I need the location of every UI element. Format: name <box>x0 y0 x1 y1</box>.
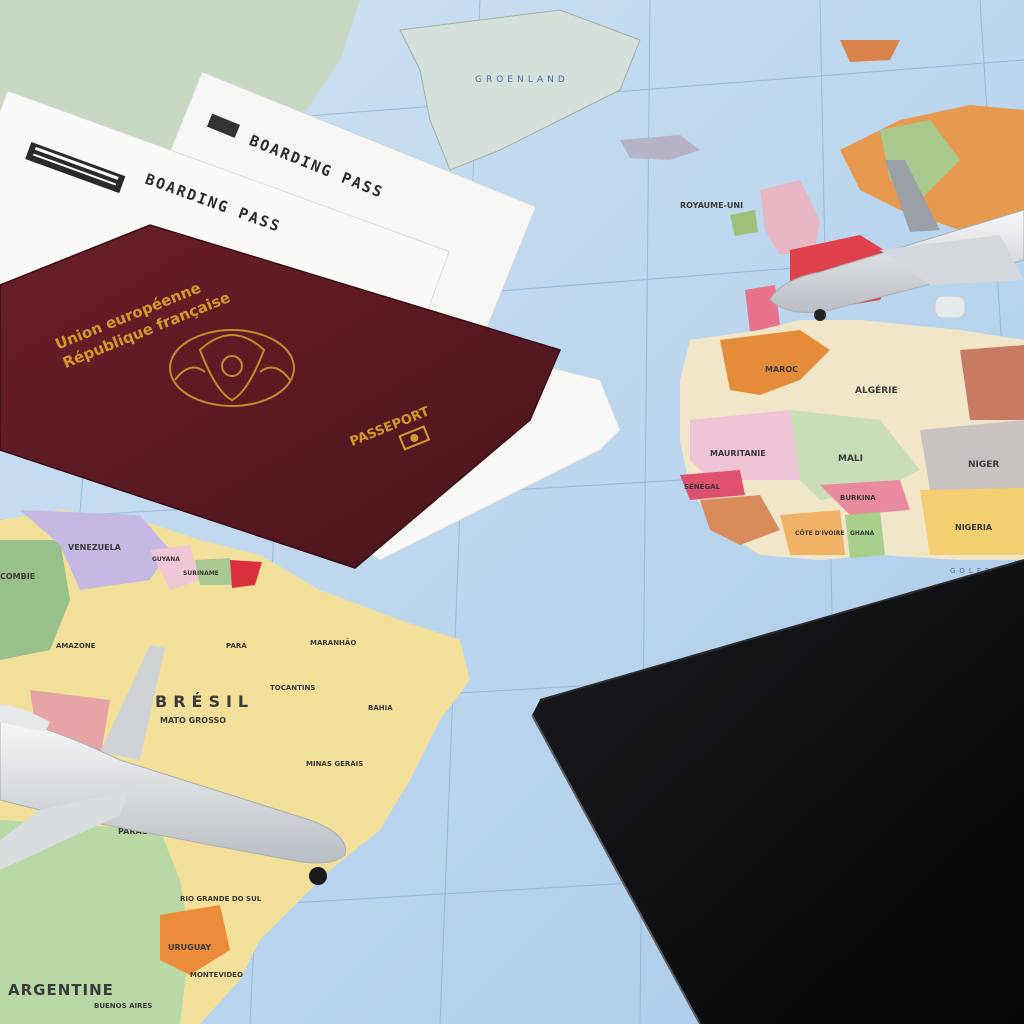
airplane-wheel <box>309 867 327 885</box>
label-uruguay: URUGUAY <box>168 943 211 952</box>
label-groenland: GROENLAND <box>475 75 569 85</box>
label-senegal: SÉNÉGAL <box>684 482 721 491</box>
label-cote-divoire: CÔTE D'IVOIRE <box>795 530 844 537</box>
region-portugal <box>745 285 780 332</box>
label-argentine: ARGENTINE <box>8 981 114 999</box>
airplane-wheel <box>814 309 826 321</box>
label-guyana: GUYANA <box>152 556 180 563</box>
label-niger: NIGER <box>968 460 999 470</box>
label-algerie: ALGÉRIE <box>855 384 898 396</box>
label-mali: MALI <box>838 454 863 464</box>
label-royaume-uni: ROYAUME-UNI <box>680 201 743 210</box>
label-ghana: GHANA <box>850 530 875 537</box>
region-niger <box>920 420 1024 490</box>
label-mato-grosso: MATO GROSSO <box>160 716 226 725</box>
label-tocantins: TOCANTINS <box>270 684 315 692</box>
region-libya <box>960 345 1024 420</box>
travel-flatlay-photo: CANADA GROENLAND ROYAUME-UNI MAROC ALGÉR… <box>0 0 1024 1024</box>
label-para: PARÁ <box>226 641 247 650</box>
region-nigeria <box>920 488 1024 555</box>
label-bahia: BAHIA <box>368 704 393 712</box>
label-suriname: SURINAME <box>183 570 219 577</box>
label-venezuela: VENEZUELA <box>68 543 122 552</box>
label-maroc: MAROC <box>765 365 798 374</box>
label-amazone: AMAZONE <box>56 642 96 650</box>
label-buenos-aires: BUENOS AIRES <box>94 1002 152 1010</box>
label-mauritanie: MAURITANIE <box>710 449 766 458</box>
label-minas-gerais: MINAS GERAIS <box>306 760 363 768</box>
label-nigeria: NIGERIA <box>955 523 993 532</box>
label-colombie: COMBIE <box>0 572 35 581</box>
airplane-engine <box>935 296 965 318</box>
label-burkina: BURKINA <box>840 494 876 502</box>
label-montevideo: MONTEVIDEO <box>190 971 243 979</box>
label-maranhao: MARANHÃO <box>310 638 356 647</box>
region-mauritanie <box>690 410 800 480</box>
label-rio-grande: RIO GRANDE DO SUL <box>180 895 262 903</box>
label-bresil: BRÉSIL <box>155 692 254 711</box>
scene-canvas: CANADA GROENLAND ROYAUME-UNI MAROC ALGÉR… <box>0 0 1024 1024</box>
